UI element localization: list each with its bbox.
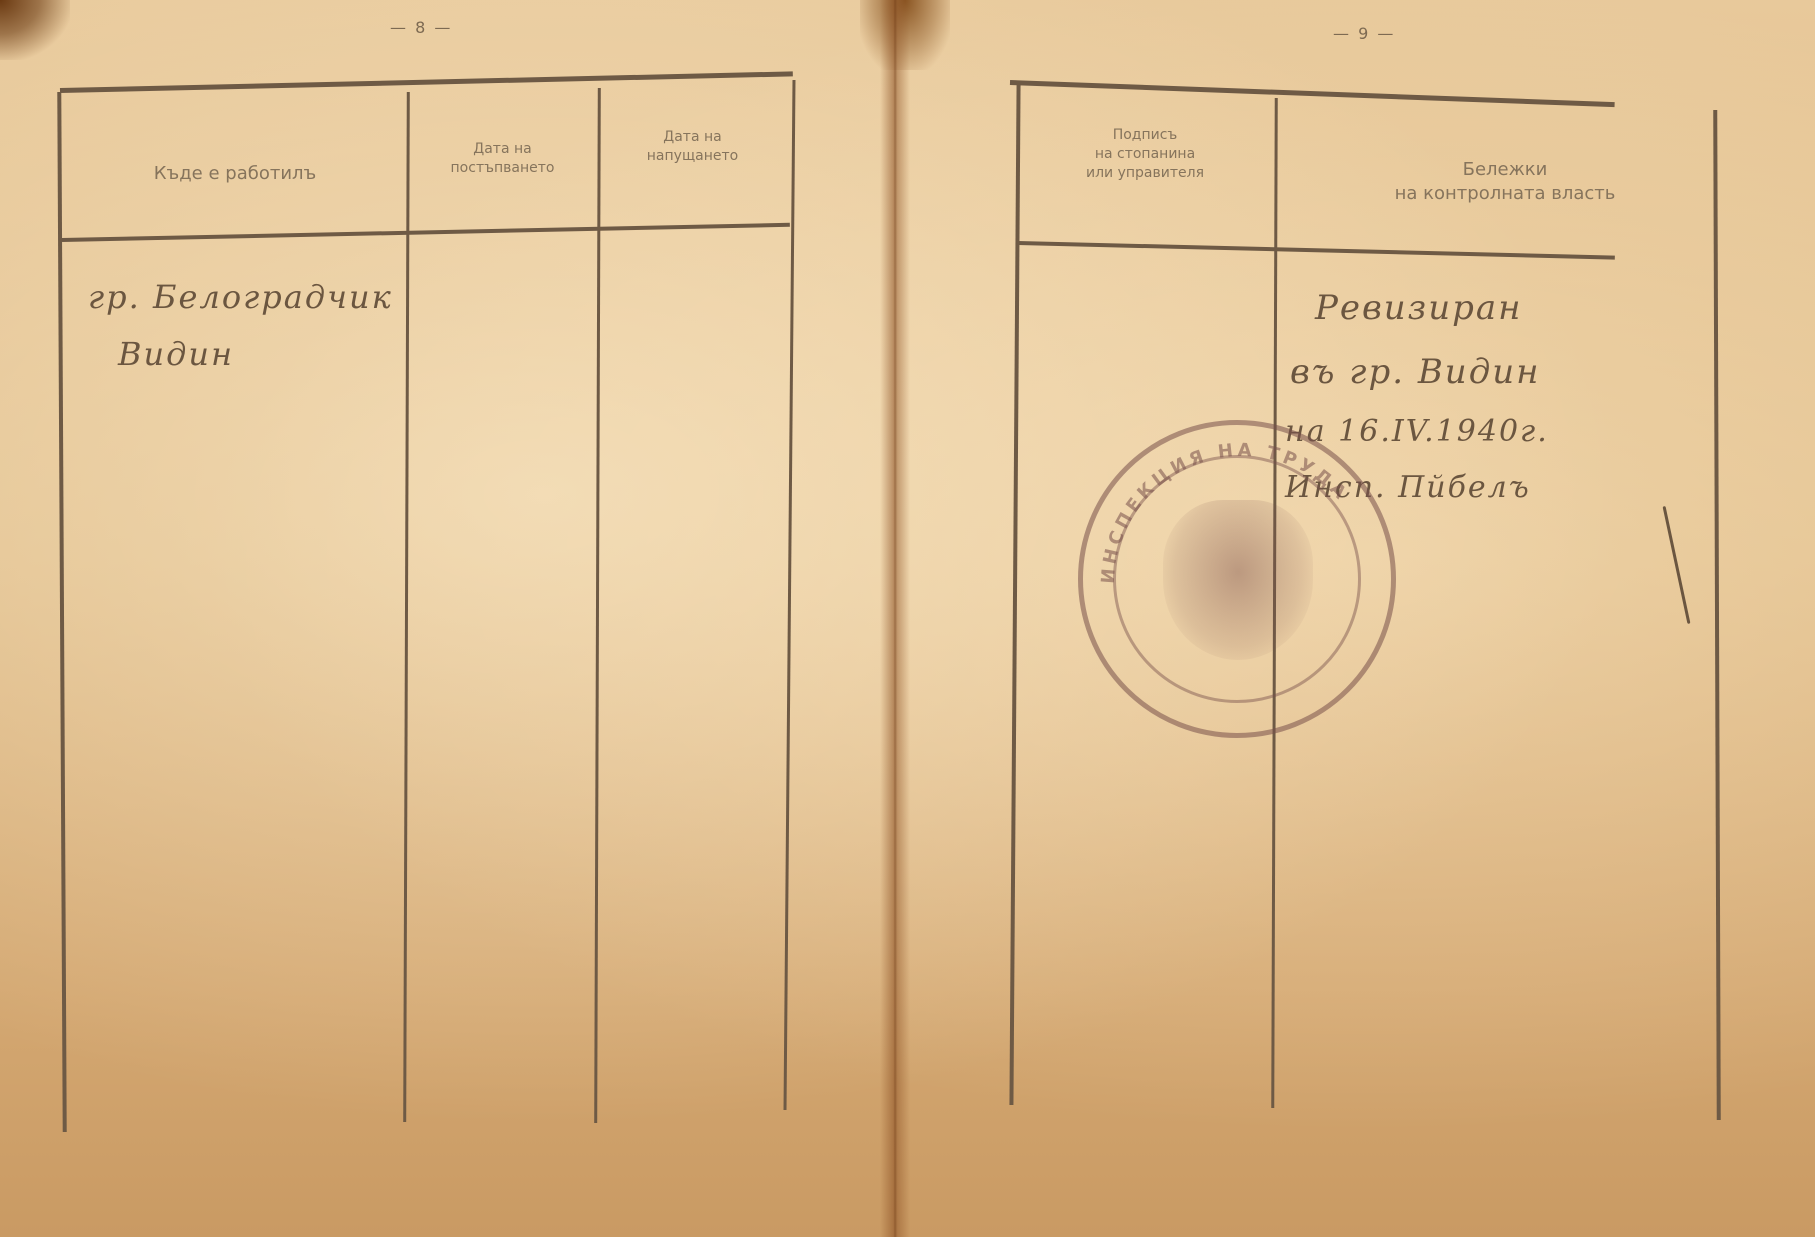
table-top-border xyxy=(60,71,793,93)
handwritten-notes-line2: въ гр. Видин xyxy=(1290,352,1541,392)
book-spread: — 8 — Къде е работилъ Дата на постъпване… xyxy=(0,0,1815,1237)
header-where-worked: Къде е работилъ xyxy=(90,162,380,186)
table-left-border xyxy=(1009,85,1020,1105)
handwritten-workplace-line1: гр. Белоградчик xyxy=(88,278,393,316)
table-top-border xyxy=(1010,80,1615,107)
left-page: — 8 — Къде е работилъ Дата на постъпване… xyxy=(0,0,895,1237)
signature-flourish xyxy=(1663,506,1691,624)
page-number-left: — 8 — xyxy=(390,18,452,37)
header-date-started: Дата на постъпването xyxy=(410,140,595,178)
header-bottom-border xyxy=(1018,241,1615,260)
table-right-border xyxy=(784,80,796,1110)
official-stamp: ИНСПЕКЦИЯ НА ТРУДА xyxy=(1078,420,1396,738)
column-divider-1 xyxy=(403,92,410,1122)
table-left-border xyxy=(57,92,66,1132)
handwritten-workplace-line2: Видин xyxy=(118,335,234,373)
svg-text:ИНСПЕКЦИЯ НА ТРУДА: ИНСПЕКЦИЯ НА ТРУДА xyxy=(1098,440,1353,585)
handwritten-notes-line1: Ревизиран xyxy=(1315,288,1523,328)
column-divider-2 xyxy=(594,88,601,1123)
page-number-right: — 9 — xyxy=(1333,24,1395,43)
table-right-border xyxy=(1713,110,1721,1120)
header-bottom-border xyxy=(62,223,790,242)
header-date-left: Дата на напущането xyxy=(600,128,785,166)
header-inspector-notes: Бележки на контролната власть xyxy=(1295,158,1715,207)
stamp-ring-text: ИНСПЕКЦИЯ НА ТРУДА xyxy=(1083,425,1401,743)
header-owner-signature: Подписъ на стопанина или управителя xyxy=(1020,126,1270,183)
